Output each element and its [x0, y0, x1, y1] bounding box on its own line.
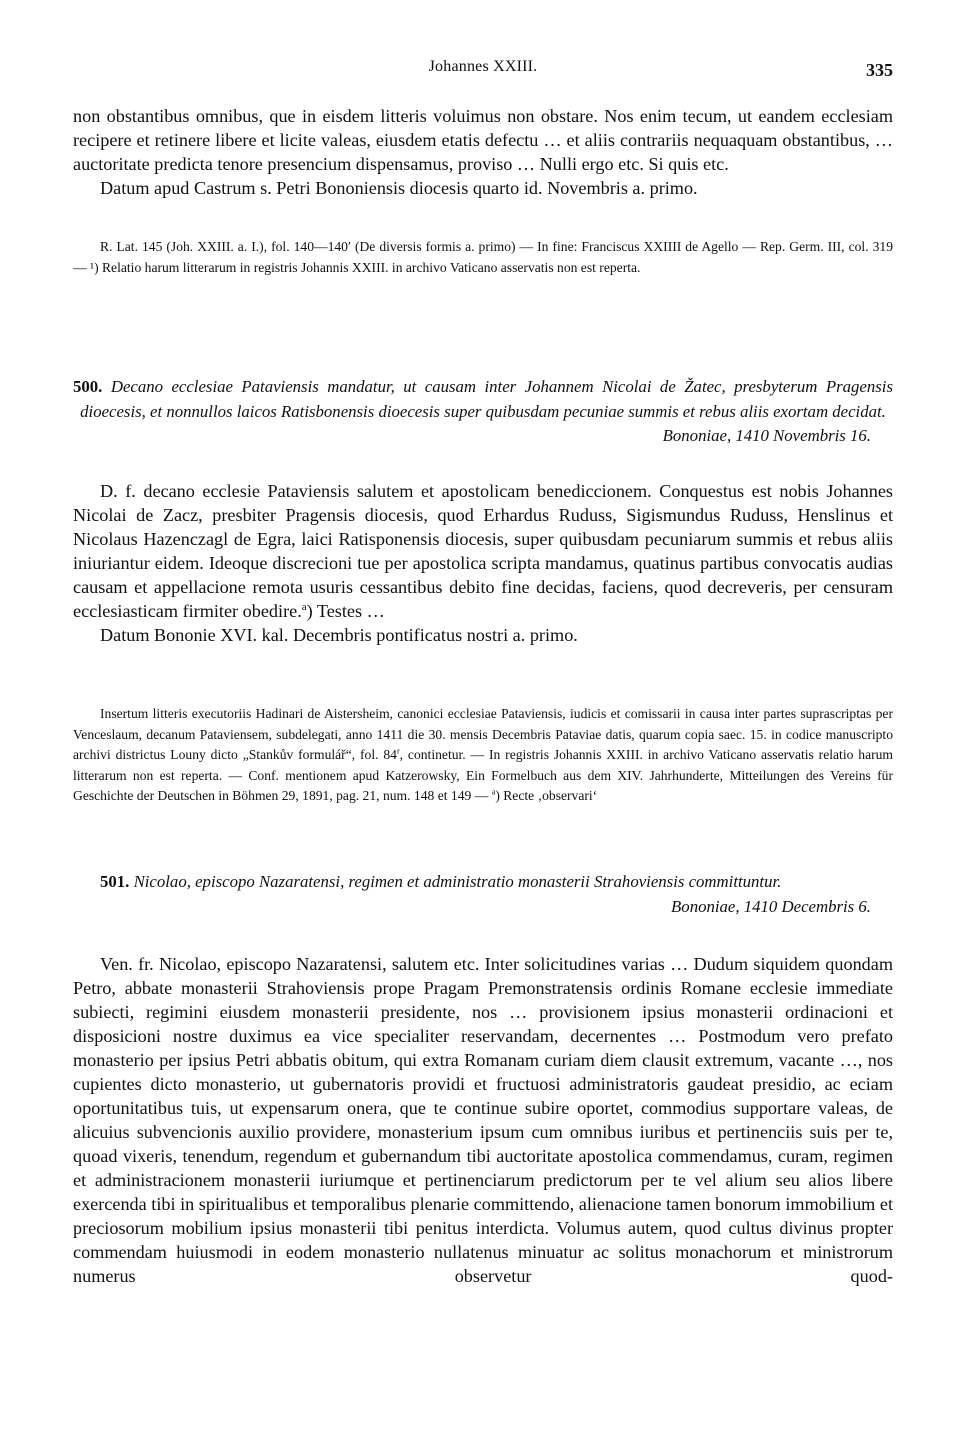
- document-501-place-date: Bononiae, 1410 Decembris 6.: [73, 895, 893, 919]
- continuation-paragraph: non obstantibus omnibus, que in eisdem l…: [73, 104, 893, 176]
- document-500-text: D. f. decano ecclesie Pataviensis salute…: [73, 479, 893, 623]
- note-part-3: ) Recte ‚observari‘: [495, 788, 597, 803]
- continuation-datum: Datum apud Castrum s. Petri Bononiensis …: [73, 176, 893, 200]
- document-500-number: 500.: [73, 377, 102, 396]
- document-501-number: 501.: [100, 872, 129, 891]
- document-501-summary: 501. Nicolao, episcopo Nazaratensi, regi…: [73, 870, 893, 895]
- document-501-body: Ven. fr. Nicolao, episcopo Nazaratensi, …: [73, 952, 893, 1288]
- document-500-datum: Datum Bononie XVI. kal. Decembris pontif…: [73, 623, 893, 647]
- document-500-text-tail: ) Testes …: [307, 601, 385, 621]
- document-501-text: Ven. fr. Nicolao, episcopo Nazaratensi, …: [73, 952, 893, 1288]
- document-500-note: Insertum litteris executoriis Hadinari d…: [73, 704, 893, 807]
- continuation-block: non obstantibus omnibus, que in eisdem l…: [73, 104, 893, 200]
- document-501-heading: 501. Nicolao, episcopo Nazaratensi, regi…: [73, 870, 893, 919]
- document-500-summary: 500. Decano ecclesiae Pataviensis mandat…: [73, 375, 893, 424]
- document-500-apparatus: Insertum litteris executoriis Hadinari d…: [73, 704, 893, 807]
- running-head: Johannes XXIII. 335: [73, 58, 893, 82]
- document-500-place-date: Bononiae, 1410 Novembris 16.: [73, 424, 893, 448]
- document-500-summary-text: Decano ecclesiae Pataviensis mandatur, u…: [80, 377, 893, 421]
- continuation-note: R. Lat. 145 (Joh. XXIII. a. I.), fol. 14…: [73, 237, 893, 278]
- document-500-heading: 500. Decano ecclesiae Pataviensis mandat…: [73, 375, 893, 448]
- document-500-body: D. f. decano ecclesie Pataviensis salute…: [73, 479, 893, 647]
- page-number: 335: [866, 60, 893, 81]
- document-501-summary-text: Nicolao, episcopo Nazaratensi, regimen e…: [134, 872, 782, 891]
- running-head-title: Johannes XXIII.: [73, 58, 893, 76]
- source-note: R. Lat. 145 (Joh. XXIII. a. I.), fol. 14…: [73, 237, 893, 278]
- document-500-text-main: D. f. decano ecclesie Pataviensis salute…: [73, 481, 893, 621]
